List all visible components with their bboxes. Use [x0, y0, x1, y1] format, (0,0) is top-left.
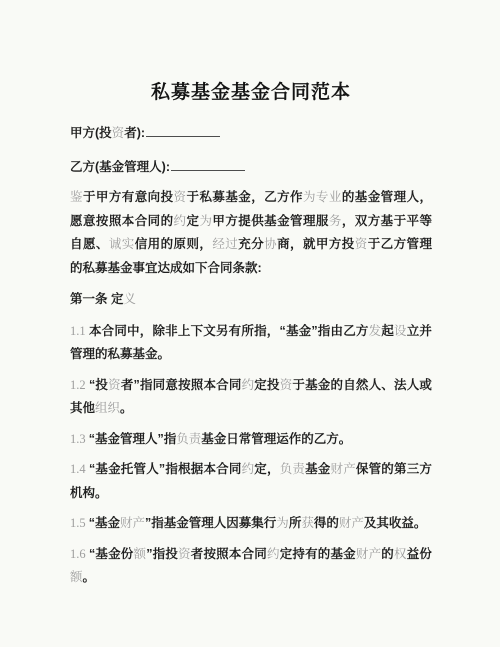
document-title: 私募基金基金合同范本	[70, 80, 432, 106]
clause-1-4: 1.4 “基金托管人”指根据本合同约定，负责基金财产保管的第三方机构。	[70, 458, 432, 505]
party-b-line: 乙方(基金管理人):	[70, 156, 432, 180]
party-a-blank-line	[146, 123, 220, 137]
clause-1-6: 1.6 “基金份额”指投资者按照本合同约定持有的基金财产的权益份额。	[70, 543, 432, 590]
contract-document: 私募基金基金合同范本 甲方(投资者): 乙方(基金管理人): 鉴于甲方有意向投资…	[0, 0, 500, 647]
party-a-label: 甲方(投资者):	[70, 126, 145, 140]
clause-1-3: 1.3 “基金管理人”指负责基金日常管理运作的乙方。	[70, 428, 432, 452]
party-b-label: 乙方(基金管理人):	[70, 160, 170, 174]
party-a-line: 甲方(投资者):	[70, 122, 432, 146]
clause-1-5: 1.5 “基金财产”指基金管理人因募集行为所获得的财产及其收益。	[70, 512, 432, 536]
clause-1-2: 1.2 “投资者”指同意按照本合同约定投资于基金的自然人、法人或其他组织。	[70, 374, 432, 421]
intro-paragraph: 鉴于甲方有意向投资于私募基金，乙方作为专业的基金管理人，愿意按照本合同的约定为甲…	[70, 186, 432, 280]
clause-1-1: 1.1 本合同中，除非上下文另有所指，“基金”指由乙方发起设立并管理的私募基金。	[70, 320, 432, 367]
section-heading-article-1: 第一条 定义	[70, 288, 432, 312]
party-b-blank-line	[171, 157, 245, 171]
